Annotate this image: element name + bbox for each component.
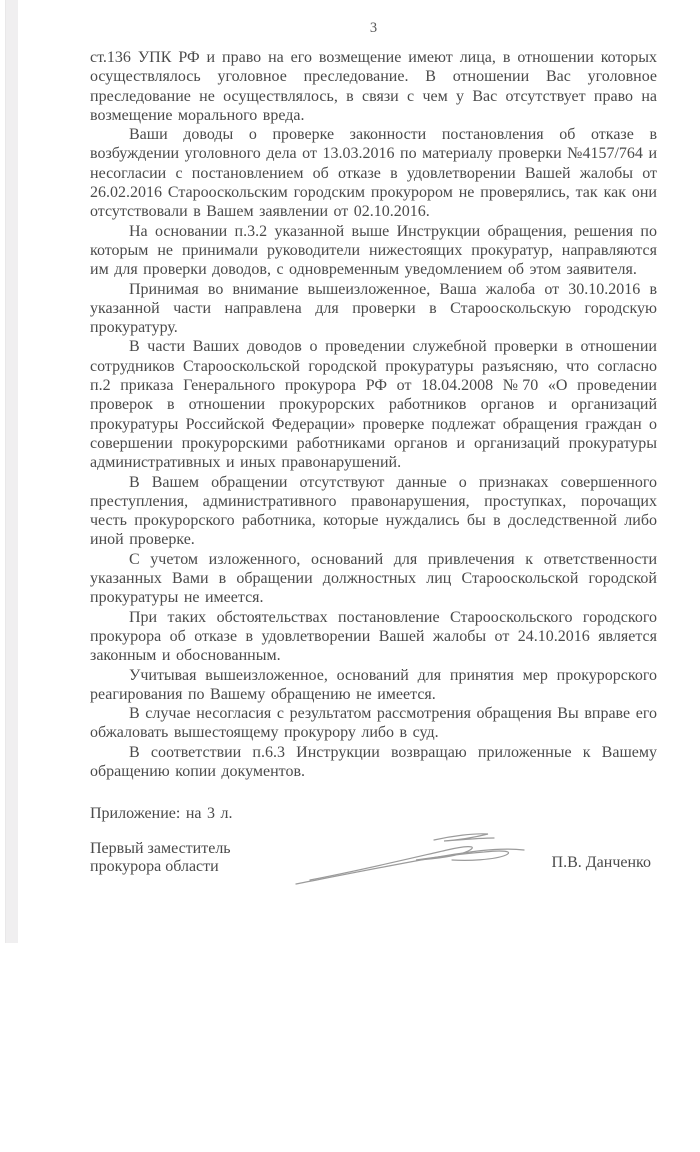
paragraph: При таких обстоятельствах постановление … [90,608,657,666]
document-body: ст.136 УПК РФ и право на его возмещение … [90,48,657,920]
paragraph: ст.136 УПК РФ и право на его возмещение … [90,48,657,125]
paragraph: На основании п.3.2 указанной выше Инстру… [90,222,657,280]
paragraph: С учетом изложенного, оснований для прив… [90,550,657,608]
paragraph: Принимая во внимание вышеизложенное, Ваш… [90,280,657,338]
signatory-name: П.В. Данченко [552,853,651,872]
signatory-title-line1: Первый заместитель [90,840,231,859]
paragraph: В соответствии п.6.3 Инструкции возвраща… [90,743,657,782]
signatory-title-line2: прокурора области [90,858,231,877]
page-number: 3 [90,20,657,37]
paragraph: В Вашем обращении отсутствуют данные о п… [90,473,657,550]
signatory-title: Первый заместитель прокурора области [90,840,231,877]
paragraph: В случае несогласия с результатом рассмо… [90,704,657,743]
signature-block: Первый заместитель прокурора области П.В… [90,840,657,920]
attachment-note: Приложение: на 3 л. [90,804,657,823]
paragraph: Ваши доводы о проверке законности постан… [90,125,657,221]
paragraph: В части Ваших доводов о проведении служе… [90,337,657,472]
scanned-document-page: 3 ст.136 УПК РФ и право на его возмещени… [0,0,700,1152]
handwritten-signature-icon [292,828,540,892]
scan-edge-artifact [5,0,18,943]
paragraph: Учитывая вышеизложенное, оснований для п… [90,666,657,705]
